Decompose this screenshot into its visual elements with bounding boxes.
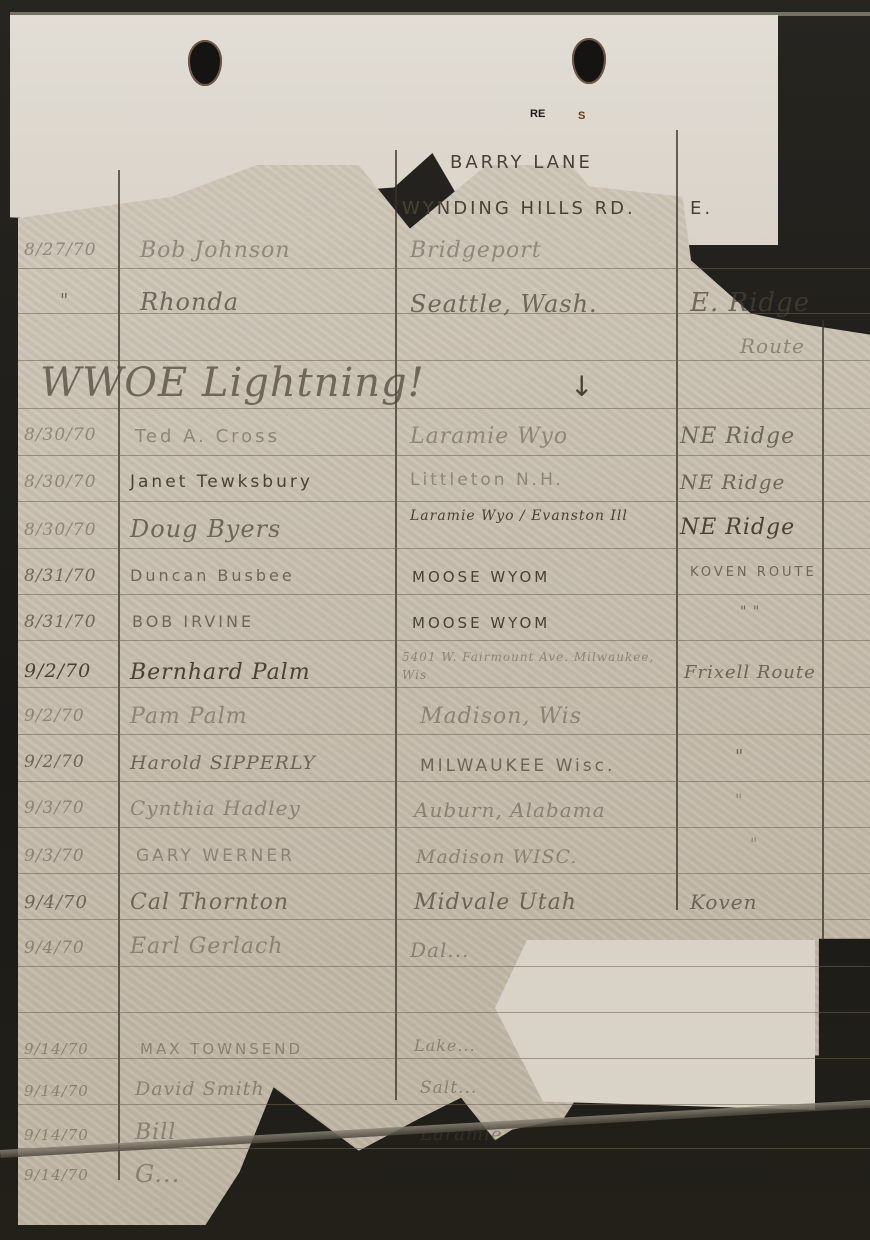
entry-address: WYNDING HILLS RD.	[402, 198, 636, 219]
row-name: Doug Byers	[130, 515, 281, 543]
row-name: Rhonda	[140, 288, 239, 316]
row-route: KOVEN ROUTE	[690, 565, 817, 580]
row-address: 5401 W. Fairmount Ave. Milwaukee, Wis	[402, 648, 672, 684]
row-route: " "	[740, 604, 760, 620]
row-name: Duncan Busbee	[130, 566, 295, 585]
row-route: NE Ridge	[680, 470, 785, 494]
row-date: 9/2/70	[24, 752, 85, 772]
row-name: Harold SIPPERLY	[130, 752, 316, 774]
row-address: Dal...	[410, 938, 469, 962]
row-route: NE Ridge	[680, 515, 795, 540]
row-address: MOOSE WYOM	[412, 614, 550, 632]
row-address: Auburn, Alabama	[414, 798, 606, 822]
row-name: GARY WERNER	[136, 846, 295, 866]
row-date: 9/14/70	[24, 1166, 89, 1184]
row-name: Earl Gerlach	[130, 934, 283, 959]
row-name: BOB IRVINE	[132, 612, 254, 631]
printed-header-fragment: RE	[530, 108, 545, 120]
row-address: Seattle, Wash.	[410, 290, 598, 318]
row-address: Laramie Wyo	[410, 424, 568, 449]
annotation-text: WWOE Lightning!	[40, 360, 425, 406]
row-name: David Smith	[135, 1078, 265, 1100]
printed-header-fragment: S	[578, 110, 585, 122]
row-date: 9/4/70	[24, 892, 88, 913]
row-route: "	[735, 746, 744, 767]
row-date: 8/27/70	[24, 240, 97, 260]
row-address: Salt...	[420, 1078, 477, 1098]
row-route: "	[735, 790, 743, 809]
row-date: 9/4/70	[24, 938, 85, 958]
row-date: 8/30/70	[24, 425, 97, 445]
arrow-icon: ↓	[570, 370, 593, 403]
row-route: Frixell Route	[684, 662, 816, 683]
row-date: 8/31/70	[24, 566, 97, 586]
row-address: Midvale Utah	[414, 890, 577, 915]
row-date: 9/14/70	[24, 1082, 89, 1100]
row-route: E. Ridge	[690, 288, 810, 318]
row-address: Madison WISC.	[416, 846, 577, 868]
row-name: Bernhard Palm	[130, 660, 311, 685]
row-address: Bridgeport	[410, 238, 542, 263]
row-date: 9/3/70	[24, 798, 85, 818]
row-date: 8/30/70	[24, 520, 97, 540]
row-name: Cynthia Hadley	[130, 796, 301, 820]
row-date: 8/31/70	[24, 612, 97, 632]
row-route: "	[750, 834, 758, 853]
row-date: 9/3/70	[24, 846, 85, 866]
row-date: 9/14/70	[24, 1126, 89, 1144]
row-address: Laramie Wyo / Evanston Ill	[410, 506, 640, 526]
entry-address: BARRY LANE	[450, 152, 593, 173]
row-name: Cal Thornton	[130, 890, 289, 915]
row-address: MOOSE WYOM	[412, 568, 550, 586]
row-address: MILWAUKEE Wisc.	[420, 756, 615, 776]
row-name: Bob Johnson	[140, 238, 291, 263]
row-name: MAX TOWNSEND	[140, 1040, 303, 1058]
row-name: G...	[135, 1160, 180, 1188]
row-address: Littleton N.H.	[410, 470, 564, 490]
entry-route: E.	[690, 198, 713, 219]
row-address: Madison, Wis	[420, 704, 582, 729]
row-date: 9/2/70	[24, 660, 91, 682]
row-date: 8/30/70	[24, 472, 97, 492]
row-name: Pam Palm	[130, 704, 248, 729]
row-date: 9/14/70	[24, 1040, 89, 1058]
row-address: Lake...	[414, 1036, 476, 1055]
row-route: Koven	[690, 890, 757, 914]
row-date: "	[60, 290, 69, 311]
row-name: Ted A. Cross	[135, 426, 280, 447]
row-route: NE Ridge	[680, 424, 795, 449]
row-date: 9/2/70	[24, 706, 85, 726]
row-route: Route	[740, 334, 805, 358]
row-name: Janet Tewksbury	[130, 472, 313, 492]
